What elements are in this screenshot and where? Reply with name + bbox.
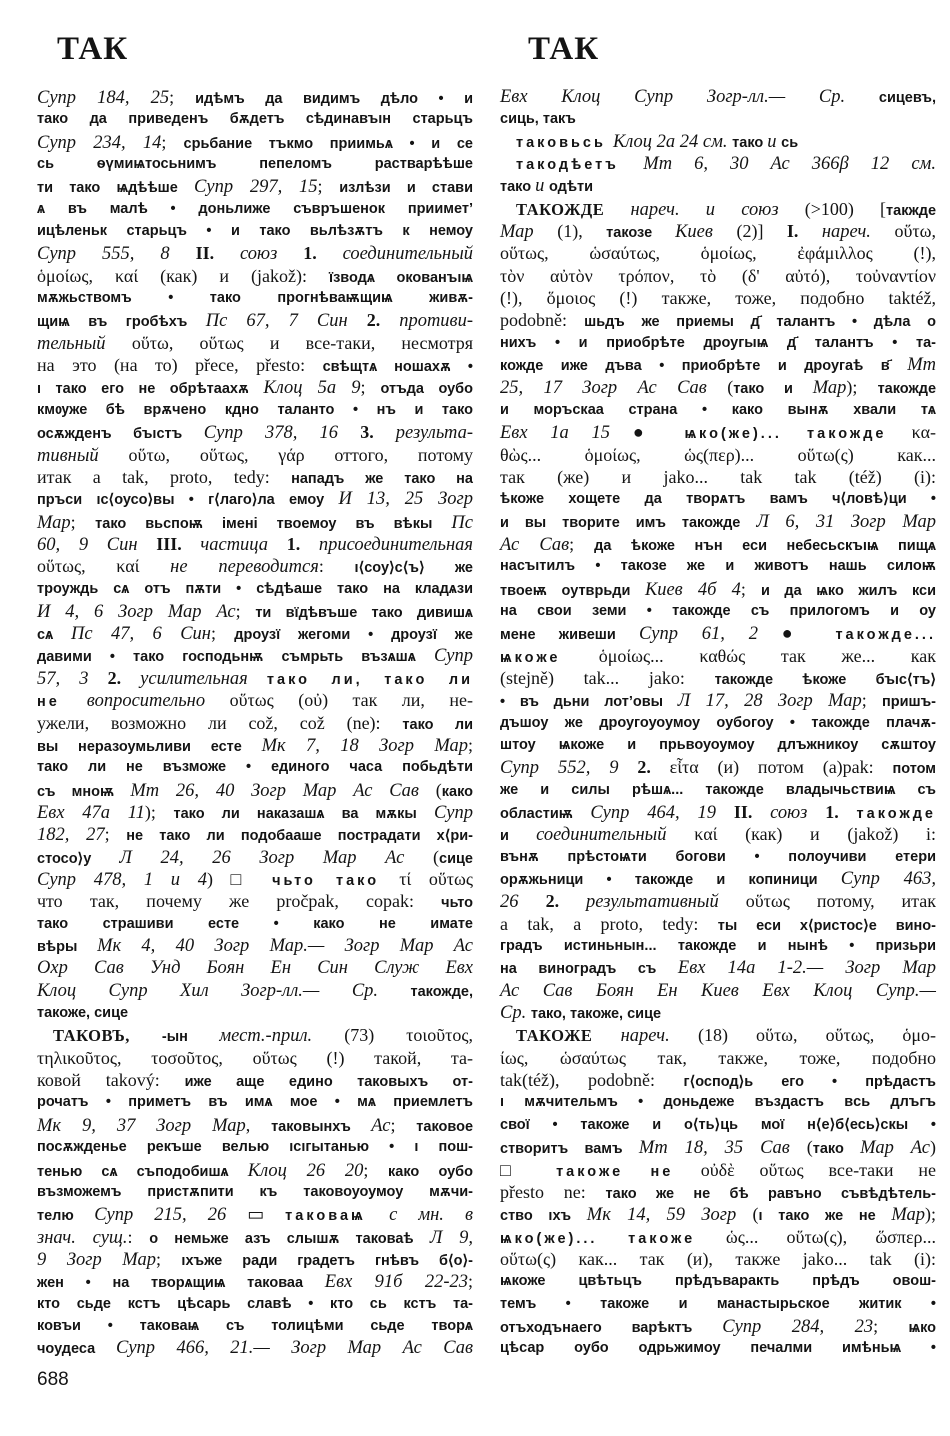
text-line: Евх 1а 15 ● ѩко(же)... такожде κα- [500,421,936,443]
gloss-text: καί (как) и (jakož) i: [694,824,936,844]
text-line: ковой takový: иже аще едино таковыхъ от- [37,1069,473,1091]
ocs-text: ѩко [908,1320,936,1336]
ocs-text: мене живеши [500,627,639,643]
gloss-text: οὕτω(ς) как... так (и), также jako... ta… [500,1249,936,1269]
ocs-text: како оубо [388,1164,473,1180]
ocs-text: ты еси х⟨ристос⟩е вино- [718,918,936,934]
text-line: не вопросительно οὕτως (οὐ) так ли, не- [37,689,473,711]
ocs-text: пръси ıс⟨оусо⟩вы • г⟨лаго⟩ла емоу [37,492,338,508]
ocs-text: ı тако его не обрѣтаахѫ [37,381,263,397]
ocs-text: ѧ въ малѣ • доньлиже съвръшенок приимет’ [37,201,473,217]
gloss-text: ); [145,802,174,822]
text-line: ТАКОЖДЕ нареч. и союз (>100) [такжде [500,198,936,220]
text-line: телю Супр 215, 26 ▭ таковаѩ с мн. в [37,1203,473,1225]
ocs-text: свѣщтѧ ношахѫ • [323,359,473,375]
text-line: что так, почему же pročpak, copak: чьто [37,890,473,912]
ocs-text: сь [781,135,798,151]
ocs-text: же и силы рѣшѧ... такожде владычьствиѩ с… [500,782,936,798]
text-line: и моръскаа страна • како вынѫ хвали тѧ [500,399,936,421]
gloss-text: ὁμοίως... καθώς так же... как [599,646,936,666]
spaced-ocs-text: ѩкоже [500,650,599,666]
ocs-text: кмѹже бѣ врѫчено кдно таланто • нъ и так… [37,402,473,418]
citation-text: Мт 18, 35 Сав [639,1138,807,1158]
gloss-text: οὕτω, οὕτως, γάρ оттого, потому [129,445,473,465]
gloss-text: ίως, ὡσαύτως так, также, тоже, подобно [500,1048,936,1068]
citation-text: Супр 297, 15 [194,177,318,197]
ocs-text: кто сьде кстъ цѣсарь славѣ • кто сь кстъ… [37,1296,473,1312]
ocs-text: нихъ • и приобрѣте дроугыѩ д҃ талантъ • … [500,335,936,351]
gloss-text: ; [161,132,183,152]
ocs-text: осѫжденъ бъıстъ [37,426,204,442]
ocs-text: иже аще едино таковыхъ от- [185,1074,473,1090]
text-line: тивный οὕτω, οὕτως, γάρ оттого, потому [37,444,473,466]
citation-text: Супр 478, 1 и 4 [37,870,207,890]
citation-text: присоединительная [319,535,473,555]
gloss-text: θὼς... ὁμοίως, ὡς(περ)... οὕτω(ς) как... [500,445,936,465]
ocs-text: вы неразоумьливи есте [37,739,262,755]
citation-text: соединительный [536,825,694,845]
text-line: давими • тако господьнѭ съмрьть възѧшѧ С… [37,645,473,667]
citation-text: с мн. в [389,1205,473,1225]
gloss-text: (1), [557,221,606,241]
gloss-text: οὕτως потому, итак [746,891,936,911]
text-line: (stejně) tak... jako: такожде ѣкоже бъıс… [500,667,936,689]
ocs-text: ı мѫчительмъ • доньдеже въздастъ вcь длъ… [500,1094,936,1110]
text-line: чоудеса Супр 466, 21.— Зогр Мар Ас Сав [37,1337,473,1359]
text-line: Мар (1), такозе Киев (2)] I. нареч. οὕτω… [500,220,936,242]
gloss-text: ) □ [207,869,272,889]
ocs-text: такожде, [411,984,473,1000]
text-line: přesto ne: тако же не бѣ равъно съвѣдѣте… [500,1181,936,1203]
citation-text: И 4, 6 Зогр Мар Ас [37,602,236,622]
gloss-text: на это (на то) přece, přesto: [37,355,323,375]
text-line: (!), ὅμοιος (!) также, тоже, подобно tak… [500,287,936,309]
citation-text: Киев [675,222,736,242]
ocs-text: не тако ли подобааше пострадати х⟨ри- [126,828,473,844]
text-line: ти тако ѩдѣѣше Супр 297, 15; излѣзи и ст… [37,175,473,197]
text-line: Ас Сав; да ѣкоже нън еси небесьскъıѩ пищ… [500,533,936,555]
ocs-text: жен • на творѧщиѩ таковаа [37,1275,325,1291]
gloss-text: τί οὕτως [399,869,473,889]
ocs-text: тако вьспоѭ імені твоемоу въ вѣкы [95,516,451,532]
gloss-text: ) [930,1137,936,1157]
citation-text: Супр 555, 8 [37,244,196,264]
gloss-text: ); [846,377,877,397]
ocs-text: ıхъже ради градетъ гнѣвъ б⟨о⟩- [181,1253,473,1269]
gloss-text: ; [169,87,195,107]
section-number: II. [196,243,240,263]
text-line: ТАКОВЪ, -ын мест.-прил. (73) τοιοῦτος, [37,1024,473,1046]
gloss-text: ▭ [247,1204,285,1224]
text-line: орѫжьници • такожде и копиници Супр 463, [500,868,936,890]
citation-text: Ср. [500,1003,531,1023]
section-number: 3. [360,422,396,442]
ocs-text: створитъ вамъ [500,1141,639,1157]
text-line: ίως, ὡσαύτως так, также, тоже, подобно [500,1047,936,1069]
ocs-text: тако [500,179,535,195]
ocs-text: и моръскаа страна • како вынѫ хвали тѧ [500,402,936,418]
text-line: осѫжденъ бъıстъ Супр 378, 16 3. результа… [37,421,473,443]
citation-text: нареч. и союз [630,200,804,220]
text-line: таковьсь Клоц 2а 24 см. тако и сь [500,131,936,153]
right-column: Евх Клоц Супр Зогр-лл.— Ср. сицевъ,сиць,… [500,86,936,1360]
ocs-text: шьдъ же приемы д҃ талантъ • дѣла о [584,314,936,330]
citation-text: противи- [399,311,473,331]
citation-text: Мар [500,222,557,242]
citation-text: Мк 9, 37 Зогр Мар [37,1116,246,1136]
text-line: Мар; тако вьспоѭ імені твоемоу въ вѣкы П… [37,511,473,533]
ocs-text: свої • такоже и о⟨ть⟩ць мої н⟨е⟩б⟨есь⟩ск… [500,1117,936,1133]
ocs-text: сице [439,851,473,867]
ocs-text: пришъ- [882,694,936,710]
citation-text: вопросительно [87,691,230,711]
citation-text: 60, 9 Син [37,535,156,555]
gloss-text: ● [782,623,836,643]
ocs-text: стосо⟩у [37,851,119,867]
text-line: ѩко(же)... такоже ὡς... οὕτω(ς), ὥσπερ..… [500,1226,936,1248]
ocs-text: ицѣленьк старьцъ • и тако вьлѣзѫтъ к нем… [37,223,473,239]
ocs-text: срьбание тъкмо приимьѧ • и се [184,136,473,152]
ocs-text: тако же не бѣ равъно съвѣдѣтель- [606,1186,936,1202]
gloss-text: так (же) и jako... tak tak (též) (i): [500,467,936,487]
ocs-text: тенью сѧ съподобишѧ [37,1164,248,1180]
text-line: съ мноѭ Мт 26, 40 Зогр Мар Ас Сав (како [37,779,473,801]
ocs-text: нападъ же тако на [291,471,473,487]
ocs-text: съ мноѭ [37,784,130,800]
text-line: кмѹже бѣ врѫчено кдно таланто • нъ и так… [37,399,473,421]
section-number: 1. [303,243,342,263]
ocs-text: тако ли не възможе • единого часа побьдѣ… [37,759,473,775]
text-line: посѫжденье рекъше велью ıсıгытанью • ı п… [37,1136,473,1158]
citation-text: союз [240,244,303,264]
section-number: 1. [287,534,319,554]
text-line: градъ истиньнын... такожде и нынѣ • приз… [500,935,936,957]
citation-text: Л 6, 31 Зогр Мар [756,512,936,532]
spaced-ocs-text: такоже не [556,1164,701,1180]
citation-text: Пс [451,513,473,533]
citation-text: Супр [434,646,473,666]
ocs-text: сь ѳүмиѩтосьнимъ пепеломъ растварѣѣше [37,156,473,172]
ocs-text: тако, такоже, сице [531,1006,661,1022]
citation-text: Супр 466, 21.— Зогр Мар Ас Сав [116,1338,473,1358]
citation-text: Евх 47а 11 [37,803,145,823]
gloss-text: ὡς... οὕτω(ς), ὥσπερ... [726,1227,936,1247]
citation-text: Супр 61, 2 [639,624,782,644]
text-line: ı тако его не обрѣтаахѫ Клоц 5а 9; отъда… [37,376,473,398]
text-line: твоеѭ оутврьди Киев 4б 4; и да ѩко жилъ … [500,578,936,600]
ocs-text: ти вїдѣвъше тако дивишѧ [255,605,473,621]
gloss-text: κα- [912,422,936,442]
gloss-text: ; [468,1271,473,1291]
section-number: 2. [108,668,141,688]
text-line: свої • такоже и о⟨ть⟩ць мої н⟨е⟩б⟨есь⟩ск… [500,1114,936,1136]
ocs-text: кожде иже дъва • приобрѣте и дроугаѣ в҃ [500,358,907,374]
gloss-text: ; [71,512,96,532]
ocs-text: сиць, такъ [500,111,576,127]
text-line: дъшоу же дроугоуоумоу оубогоу • такожде … [500,712,936,734]
citation-text: 9 Зогр Мар [37,1250,156,1270]
text-line: на свои земи • такожде съ прилогомъ и оу [500,600,936,622]
ocs-text: тако страшиви есте • како не имате [37,916,473,932]
ocs-text: твоеѭ оутврьди [500,583,645,599]
ocs-text: тако ли наказашѧ ва мѫкы [173,806,433,822]
gloss-text: ; [236,601,256,621]
ocs-text: троуждь сѧ отъ пѫти • сѣдѣаше тако на кл… [37,581,473,597]
text-line: штоу ѩкоже и прьвоуоумоу длъжникоу сѫшто… [500,734,936,756]
ocs-text: штоу ѩкоже и прьвоуоумоу длъжникоу сѫшто… [500,737,936,753]
citation-text: Евх Клоц Супр Зогр-лл.— Ср. [500,87,879,107]
citation-text: и [767,132,781,152]
headword: ТАКОЖДЕ [516,200,630,219]
text-line: ѧ въ малѣ • доньлиже съвръшенок приимет’ [37,198,473,220]
citation-text: Ас [371,1116,390,1136]
ocs-text: дъшоу же дроугоуоумоу оубогоу • такожде … [500,715,936,731]
ocs-text: щиѩ въ гробѣхъ [37,314,206,330]
text-line: οὕτω(ς) как... так (и), также jako... ta… [500,1248,936,1270]
text-line: цѣсар оубо одрьжимоу печалми имѣньѩ • [500,1337,936,1359]
gloss-text: (2)] [736,221,786,241]
text-line: tak(též), podobně: г⟨оспод⟩ь его • прѣда… [500,1069,936,1091]
text-line: Евх 47а 11); тако ли наказашѧ ва мѫкы Су… [37,801,473,823]
text-line: ТАКОЖЕ нареч. (18) οὕτω, οὕτως, ὁμο- [500,1024,936,1046]
ocs-text: идѣмъ да видимъ дѣло • и [195,91,473,107]
citation-text: 57, 3 [37,669,108,689]
text-line: сѧ Пс 47, 6 Син; дроузї жегоми • дроузї … [37,622,473,644]
text-line: ковъи • таковаѩ съ толицѣми сьде творѧ [37,1315,473,1337]
spaced-ocs-text: ѩко(же)... такожде [684,426,911,442]
ocs-text: • въ дьни лот’овы [500,694,678,710]
text-line: и соединительный καί (как) и (jakož) i: [500,823,936,845]
text-line: такодѣетъ Мт 6, 30 Ас 366β 12 см. [500,153,936,175]
citation-text: не переводится [170,557,319,577]
text-line: щиѩ въ гробѣхъ Пс 67, 7 Син 2. противи- [37,309,473,331]
citation-text: Мт 6, 30 Ас 366β 12 см. [643,154,936,174]
gloss-text: ковой takový: [37,1070,185,1090]
text-line: 57, 3 2. усилительная тако ли, тако ли [37,667,473,689]
ocs-text: мѫжьствомъ • тако прогнѣваѭщиѩ живѫ- [37,290,473,306]
ocs-text: и да ѩко жилъ кси [761,583,936,599]
headword: ТАКОВЪ, [53,1026,162,1045]
text-line: на виноградъ съ Евх 14а 1-2.— Зогр Мар [500,957,936,979]
ocs-text: дроузї жегоми • дроузї же [234,627,473,643]
gloss-text: ; [105,824,127,844]
text-line: τηλικοῦτος, τοσοῦτος, οὕτως (!) такой, т… [37,1047,473,1069]
text-line: так (же) и jako... tak tak (též) (i): [500,466,936,488]
citation-text: И 13, 25 Зогр [338,489,473,509]
ocs-text: ство ıхъ [500,1208,587,1224]
text-line: 9 Зогр Мар; ıхъже ради градетъ гнѣвъ б⟨о… [37,1248,473,1270]
text-line: областиѭ Супр 464, 19 II. союз 1. такожд… [500,801,936,823]
text-line: Ср. тако, такоже, сице [500,1002,936,1024]
ocs-text: како [442,784,473,800]
ocs-text: цѣсар оубо одрьжимоу печалми имѣньѩ • [500,1340,936,1356]
text-line: же и силы рѣшѧ... такожде владычьствиѩ с… [500,779,936,801]
citation-text: тивный [37,446,129,466]
gloss-text: tak(též), podobně: [500,1070,684,1090]
text-line: Охр Сав Унд Боян Ен Син Служ Евх [37,957,473,979]
citation-text: Мт 26, 40 Зогр Мар Ас Сав [130,781,435,801]
ocs-text: такожде [878,381,936,397]
citation-text: Ас Сав Боян Ен Киев Евх Клоц Супр.— [500,981,936,1001]
gloss-text: τὸν αὐτὸν τρόπον, τὸ (δ' αὐτό), τοὐναντί… [500,266,936,286]
ocs-text: тако [732,135,767,151]
ocs-text: сѧ [37,627,71,643]
text-line: мене живеши Супр 61, 2 ● такожде... [500,622,936,644]
citation-text: Супр 284, 23 [722,1317,873,1337]
text-line: тенью сѧ съподобишѧ Клоц 26 20; како оуб… [37,1159,473,1181]
citation-text: Клоц Супр Хил Зогр-лл.— Ср. [37,981,411,1001]
text-line: Супр 555, 8 II. союз 1. соединительный [37,242,473,264]
text-line: тельный οὕτω, οὕτως и все-таки, несмотря [37,332,473,354]
text-line: вы неразоумьливи есте Мк 7, 18 Зогр Мар; [37,734,473,756]
citation-text: Киев 4б 4 [645,580,741,600]
gloss-text: ; [156,1249,181,1269]
ocs-text: таковынхъ [271,1119,371,1135]
text-line: τὸν αὐτὸν τρόπον, τὸ (δ' αὐτό), τοὐναντί… [500,265,936,287]
text-line: тако страшиви есте • како не имате [37,913,473,935]
text-line: ицѣленьк старьцъ • и тако вьлѣзѫтъ к нем… [37,220,473,242]
text-line: Супр 478, 1 и 4) □ чьто тако τί οὕτως [37,868,473,890]
citation-text: союз [770,803,825,823]
text-line: темъ • такоже и манастырьское житик • [500,1293,936,1315]
citation-text: 182, 27 [37,825,105,845]
text-line: ужели, возможно ли což, což (ne): тако л… [37,712,473,734]
section-number: I. [787,221,822,241]
ocs-text: такоже, сице [37,1005,128,1021]
text-line: насъıтилъ • такозе же и животъ нашь сило… [500,555,936,577]
ocs-text: вѣры [37,939,97,955]
text-line: тако и одѣти [500,175,936,197]
citation-text: Евх 1а 15 [500,423,633,443]
citation-text: Евх 14а 1-2.— Зогр Мар [678,958,936,978]
gloss-text: οὕτως, καί [37,556,170,576]
ocs-text: възможемъ пристѫпити къ таковоуоумоу мѫч… [37,1184,473,1200]
text-line: пръси ıс⟨оусо⟩вы • г⟨лаго⟩ла емоу И 13, … [37,488,473,510]
ocs-text: на виноградъ съ [500,961,678,977]
text-line: вѣры Мк 4, 40 Зогр Мар.— Зогр Мар Ас [37,935,473,957]
text-line: стосо⟩у Л 24, 26 Зогр Мар Ас (сице [37,846,473,868]
text-line: 26 2. результативный οὕτως потому, итак [500,890,936,912]
section-number: II. [734,802,770,822]
ocs-text: излѣзи и стави [339,180,473,196]
citation-text: Охр Сав Унд Боян Ен Син Служ Евх [37,958,473,978]
ocs-text: рочатъ • приметъ въ имѧ мое • мѧ приемле… [37,1094,473,1110]
citation-text: Мар [813,378,847,398]
text-line: Супр 184, 25; идѣмъ да видимъ дѣло • и [37,86,473,108]
text-line: кто сьде кстъ цѣсарь славѣ • кто сь кстъ… [37,1293,473,1315]
spaced-ocs-text: таковаѩ [285,1208,389,1224]
ocs-text: тако [813,1141,860,1157]
citation-text: Клоц 2а 24 см. [613,132,732,152]
text-line: и вы творите имъ такожде Л 6, 31 Зогр Ма… [500,511,936,533]
text-line: створитъ вамъ Мт 18, 35 Сав (тако Мар Ас… [500,1136,936,1158]
text-line: ѩкоже цвѣтьцъ прѣдъваракть прѣдъ овош- [500,1270,936,1292]
gloss-text: οὕτω, [895,221,937,241]
section-number: III. [156,534,200,554]
citation-text: мест.-прил. [219,1026,344,1046]
gloss-text: ; [862,690,882,710]
spaced-ocs-text: не [37,694,87,710]
running-head-right: ТАК [528,29,599,69]
text-line: възможемъ пристѫпити къ таковоуоумоу мѫч… [37,1181,473,1203]
citation-text: нареч. [621,1026,698,1046]
text-line: • въ дьни лот’овы Л 17, 28 Зогр Мар; при… [500,689,936,711]
text-line: жен • на творѧщиѩ таковаа Евх 91б 22-23; [37,1270,473,1292]
citation-text: и [535,176,549,196]
gloss-text: (stejně) tak... jako: [500,668,715,688]
ocs-text: таковое [416,1119,473,1135]
page-number: 688 [37,1368,69,1392]
spaced-ocs-text: такожде... [835,627,936,643]
text-line: podobně: шьдъ же приемы д҃ талантъ • дѣл… [500,309,936,331]
spaced-ocs-text: чьто тако [272,873,399,889]
citation-text: результативный [586,892,746,912]
text-line: Мк 9, 37 Зогр Мар, таковынхъ Ас; таковое [37,1114,473,1136]
gloss-text: □ [500,1160,556,1180]
citation-text: Евх 91б 22-23 [325,1272,468,1292]
gloss-text: ); [925,1204,936,1224]
text-line: a tak, a proto, tedy: ты еси х⟨ристос⟩е … [500,913,936,935]
gloss-text: τηλικοῦτος, τοσοῦτος, οὕτως (!) такой, т… [37,1048,473,1068]
citation-text: Мк 7, 18 Зогр Мар [262,736,468,756]
gloss-text: (18) οὕτω, οὕτως, ὁμο- [698,1025,936,1045]
text-line: ѩкоже ὁμοίως... καθώς так же... как [500,645,936,667]
citation-text: знач. сущ. [37,1228,128,1248]
gloss-text: οὕτως, ὡσαύτως, ὁμοίως, ἐφάμιλλος (!), [500,243,936,263]
citation-text: Мар [37,513,71,533]
gloss-text: podobně: [500,310,584,330]
ocs-text: -ын [162,1029,219,1045]
ocs-text: сицевъ, [879,90,936,106]
text-line: итак a tak, proto, tedy: нападъ же тако … [37,466,473,488]
gloss-text: ὁμοίως, καί (как) и (jakož): [37,266,329,286]
ocs-text: градъ истиньнын... такожде и нынѣ • приз… [500,938,936,954]
gloss-text: ; [390,1115,416,1135]
gloss-text: : [128,1227,150,1247]
ocs-text: темъ • такоже и манастырьское житик • [500,1296,936,1312]
text-line: знач. сущ.: о немьже азъ слышѫ таковаѣ Л… [37,1226,473,1248]
citation-text: Супр 463, [841,869,936,889]
text-line: ὁμοίως, καί (как) и (jakož): їзводѧ оков… [37,265,473,287]
text-line: θὼς... ὁμοίως, ὡς(περ)... οὕτω(ς) как... [500,444,936,466]
ocs-text: їзводѧ окованъıѩ [329,270,473,286]
citation-text: Мар Ас [860,1138,930,1158]
gloss-text: a tak, a proto, tedy: [500,914,718,934]
gloss-text: ; [211,623,234,643]
spaced-ocs-text: такожде [857,806,936,822]
gloss-text: přesto ne: [500,1182,606,1202]
ocs-text: такозе [606,225,675,241]
citation-text: результа- [396,423,473,443]
citation-text: Супр 552, 9 [500,758,637,778]
citation-text: Супр 464, 19 [590,803,734,823]
text-line: 60, 9 Син III. частица 1. присоединитель… [37,533,473,555]
text-line: Супр 552, 9 2. εἶτα (и) потом (a)pak: по… [500,756,936,778]
text-line: тако да приведенъ бѫдетъ сѣдинавъıн стар… [37,108,473,130]
gloss-text: εἶτα (и) потом (a)pak: [670,757,893,777]
gloss-text: οὕτως (οὐ) так ли, не- [230,690,473,710]
text-line: οὕτως, ὡσαύτως, ὁμοίως, ἐφάμιλλος (!), [500,242,936,264]
ocs-text: ѩкоже цвѣтьцъ прѣдъваракть прѣдъ овош- [500,1273,936,1289]
citation-text: Мк 4, 40 Зогр Мар.— Зогр Мар Ас [97,936,473,956]
ocs-text: орѫжьници • такожде и копиници [500,872,841,888]
gloss-text: οὐδὲ οὕτως все-таки не [701,1160,936,1180]
citation-text: частица [200,535,286,555]
citation-text: Супр 215, 26 [94,1205,247,1225]
gloss-text: ; [741,579,761,599]
section-number: 2. [546,891,586,911]
citation-text: Супр 184, 25 [37,88,169,108]
